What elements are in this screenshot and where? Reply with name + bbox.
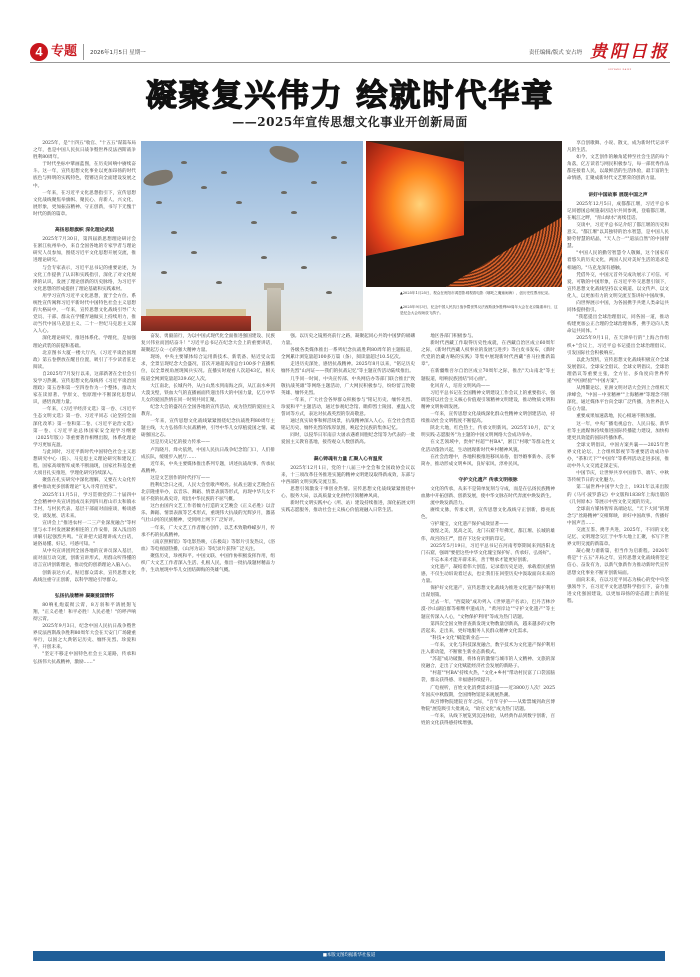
paragraph: 2025年，是"十四五"收官、"十五五"谋篇布局之年，也是中国人民抗日战争暨世界… (33, 140, 136, 161)
dove-shape (251, 221, 257, 224)
article-column-3: 强。以历史之镜照亮前行之路，凝聚起同心共筑中国梦的磅礴力量。 各级各类媒体推出一… (281, 333, 415, 950)
paragraph: 交流互鉴、携手共进，2025年，不同的文化记忆、文明理念交汇于中华大地上汇聚，书… (567, 527, 669, 548)
paragraph: 从中央宣讲团到全国各地的宣讲员深入基层，面对面互动交流，创新宣讲形式，用群众听得… (33, 548, 136, 569)
paragraph: 现场，中央主要媒体综合运用新技术、新装备、贴近受众需求，全景呈现纪念大会盛况，首… (141, 354, 275, 382)
monument (267, 288, 281, 331)
paragraph: "苏超"成功破圈，将体育的激情与城市的人文精神、文旅的深度融合，走出了文化赋能经… (421, 656, 555, 670)
article-column-2: 奋发、勇毅前行，为以中国式现代化全面推进强国建设、民族复兴伟业而团结奋斗！"习近… (141, 333, 275, 950)
article-column-4: 地区各部门积极参与。 新时代西藏工作取得历史性成就，在西藏自治区成立60周年之际… (421, 333, 555, 950)
dove-shape (341, 161, 347, 164)
paragraph: 通过真实故事和鲜活场景，抗战精神深入人心。在全社会营造铭记历史、缅怀先烈的浓厚氛… (281, 418, 415, 432)
section-name: 专题 (51, 44, 84, 60)
dove-shape (201, 186, 207, 189)
paragraph: 聚焦在扎实研究中深化理解，又要在大众化传播中推动更多创新理论"飞入寻常百姓家"。 (33, 477, 136, 491)
paragraph: 胜利纪念日之夜，人民大会堂歌声嘹亮。抗战主题文艺晚会在北京隆重举办，以音乐、舞蹈… (141, 482, 275, 503)
paragraph: 全球文明倡议，中国方案共襄——2025年世界文化论坛、上合组织影视节等重要活动成… (567, 442, 669, 470)
paragraph: 中国节庆，让世界共享中国春节、端午、中秋等传统节日的文化魅力。 (567, 470, 669, 484)
paragraph: "我愿提出全球治理倡议，同各国一道，推动构建更加公正合理的全球治理体系，携手迈向… (567, 314, 669, 335)
doves-photo (141, 141, 363, 331)
dove-shape (311, 181, 317, 184)
paragraph: 创新表达方式，贴近群众需求，宣传思想文化战线注重守正创新，以科学理论引导群众。 (33, 570, 136, 584)
dove-shape (191, 251, 197, 254)
paragraph: "坚定不移走中国特色社会主义道路，传承和弘扬伟大抗战精神，激励……" (33, 651, 136, 665)
paragraph: 一年来，从线下展览到沉浸体验，从经典作品到数字创新，百姓的文化获得感持续增强。 (421, 713, 555, 727)
paragraph: 地区各部门积极参与。 (421, 333, 555, 340)
footer-credit-bar: ■本版文图均据新华社报道 (33, 951, 665, 961)
paragraph: 与此同时，习近平新时代中国特色社会主义思想研究中心（院）、马克思主义理论研究和建… (33, 449, 136, 477)
dove-shape (221, 171, 227, 174)
paragraph: 2025年9月3日，纪念中国人民抗日战争暨世界反法西斯战争胜利80周年大会在天安… (33, 623, 136, 651)
paragraph: "中国人民的勤劳智慧令人敬佩，这个国家有着悠久的历史文化，两国人民对美好生活的追… (567, 250, 669, 271)
paragraph: 一年来，广大文艺工作者精心创作，以艺术致敬峥嵘岁月，传承不朽的抗战精神。 (141, 525, 275, 539)
paragraph: 如今，文艺创作的触角延伸至社会生活的每个角落，亿万读者与网民积极参与，每一部优秀… (567, 154, 669, 182)
paragraph: 一年来，在习近平文化思想指引下，宣传思想文化战线聚焦举旗帜、聚民心、育新人、兴文… (33, 190, 136, 218)
dove-shape (268, 142, 301, 165)
photo-caption-2: ▲2025年9月3日，纪念中国人民抗日战争暨世界反法西斯战争胜利80周年大会在北… (400, 304, 560, 316)
dove-shape (216, 281, 222, 284)
paragraph: 向世界展示中国，为各国携手共建人类命运共同体提供指引。 (567, 300, 669, 314)
paragraph: 凭借外交，中国元首外交成功展示了可信、可爱、可敬的中国形象，在习近平外交思想引领… (567, 272, 669, 300)
dove-shape (156, 201, 162, 204)
dove-shape (301, 266, 307, 269)
paragraph: 从博鳌论坛、亚洲文明对话大会到上合组织天津峰会，"中国－中亚精神""上海精神"等… (567, 385, 669, 413)
paragraph: 2025年12月1日，党的十八届三中全会和全国政协会议以来，十三项改革任务推进实… (281, 465, 415, 486)
section-heading: 守护文化遗产 传承文明根脉 (421, 477, 555, 484)
dove-shape (142, 168, 174, 188)
section-heading: 凝心铸魂有力量 汇聚人心有温度 (281, 456, 415, 463)
section-heading: 高扬思想旗帜 深化理论武装 (33, 227, 136, 234)
logo-text: 贵阳日报 (590, 42, 670, 62)
paragraph: 这是文艺创作的时代抒写—— (141, 475, 275, 482)
paragraph: 新时代文明实践中心（所、站）建设持续推进，深化拓展文明实践志愿服务，推动社会主义… (281, 500, 415, 514)
article-column-1: 2025年，是"十四五"收官、"十五五"谋篇布局之年，也是中国人民抗日战争暨世界… (33, 140, 136, 950)
paragraph: 享自创歌舞、小说、散文，成为新时代记录平凡的生活。 (567, 140, 669, 154)
cinema-ceiling (464, 141, 562, 201)
paragraph: 2025年7月30日，第四届新思想理论研讨会在浙江杭州举办，来自全国各地的专家学… (33, 236, 136, 264)
issue-date: 2026年1月5日 星期一 (90, 48, 146, 56)
paragraph: 2025年12月5日，成都都江堰，习近平总书记同德国总统施泰因迈尔共同参观，登临… (567, 201, 669, 222)
dove-shape (326, 291, 332, 294)
tiananmen-building (141, 316, 251, 331)
paragraph: 几乎同一时间，中央宣传部、中央网信办等部门联合推出"致敬抗战英雄"等网络主题活动… (281, 376, 415, 397)
paragraph: 以此为契机，宣传思想文化战线积极宣介全球发展倡议、全球安全倡议、全球文明倡议、全… (567, 357, 669, 385)
paragraph: 守护瑰宝，文化遗产保护成效显著—— (421, 521, 555, 528)
paragraph: 80响礼炮震彻云霄，8万羽和平鸽展翅飞翔，"正义必胜！和平必胜！人民必胜！"的呼… (33, 602, 136, 623)
paragraph: 一年来，宣传思想文化战线深化群众性精神文明创建活动，持续推动社会文明程度不断提高… (421, 411, 555, 425)
paragraph: 赓续文脉，传承文明，宣传思想文化战线守正创新，擦亮底色。 (421, 507, 555, 521)
dove-shape (331, 236, 337, 239)
paragraph: 与会专家表示，习近平总书记的重要论述，为文化工作提供了认识和实践指引，深化了对文… (33, 265, 136, 293)
paragraph: 一年来，广大社会各界群众积极参与"铭记历史、缅怀先烈、珍爱和平"主题活动，通过参… (281, 397, 415, 418)
paragraph: 各级各类媒体推出一系列纪念抗战胜利80周年的主题报道，全网累计浏览量超100多万… (281, 347, 415, 361)
paragraph: 交谈中，习近平总书记介绍了都江堰的历史和意义。"都江堰"以其独特的治水智慧，是中… (567, 222, 669, 250)
paragraph: 大江南北，长城内外，从白山黑水到南海之滨，从江南水乡到大漠戈壁，铁血大气的直播画… (141, 383, 275, 404)
dove-shape (171, 231, 177, 234)
paragraph: 自2025年7月发行以来，这部新著在全社会引发学习热潮。宣传思想文化战线将《习近… (33, 371, 136, 406)
paragraph: 纪念大会的盛况在全国各地的宣传活动，成为热烈的爱国主义教育。 (141, 404, 275, 418)
dove-shape (281, 191, 287, 194)
paragraph: 一年来，《习近平经济文选》第一卷、《习近平生态文明文选》第一卷、习近平同志《论坚… (33, 406, 136, 449)
dove-shape (181, 161, 187, 164)
paragraph: 强。以历史之镜照亮前行之路，凝聚起同心共筑中国梦的磅礴力量。 (281, 333, 415, 347)
dove-shape (236, 201, 242, 204)
photo-caption-1: ▲2025年1月25日，观众在贵阳市鸿思影城观看电影《哪吒之魔童闹海》，创历史性… (400, 290, 560, 296)
paragraph: 第二届世界中国学大会上，1931年以来出版的《马可·波罗游记》中文版和1838年… (567, 484, 669, 505)
paragraph: 2025年11月5日，学习贯彻党的二十届四中全会精神中央宣讲团成员来到四川眉山市… (33, 492, 136, 520)
paragraph: 卢沟晓月、烽火依然，中国人民抗日战争纪念馆门口，人们排成长队，缓缓步入展厅…… (141, 447, 275, 461)
paragraph: 2025年5月19日，习近平总书记在河南考察期间来到洛阳龙门石窟，强调"要把这些… (421, 543, 555, 557)
paragraph: 走进历史深处，感悟抗战精神。2025年8月以来，"铭记历史 缅怀先烈"山河证——… (281, 361, 415, 375)
paragraph: 这是历史记忆的接力传承—— (141, 439, 275, 446)
paragraph: 深化理论研究，推进体系化、学理化，是加强理论武装的前提和基础。 (33, 335, 136, 349)
newspaper-logo: 贵阳日报 GUIYANG DAILY (590, 43, 670, 61)
paragraph: 化风育人，培育文明风尚—— (421, 383, 555, 390)
paragraph: 聚焦历史，珍视和平。中国文联、中国作协积极发挥作用，组织广大文艺工作者深入生活、… (141, 553, 275, 574)
paragraph: 这一年，中央广播电视总台、人民日报、新华社等主流媒体持续推进国际传播能力建设，加… (567, 421, 669, 442)
paragraph: 不忘本来才能开辟未来，善于继承才能更好创新。 (421, 557, 555, 564)
paragraph: 全球南方媒体智库高端论坛，"天下大同"的理念与"丝路精神"交相辉映，讲好中国故事… (567, 506, 669, 527)
paragraph: 近年来，中央主要媒体推出系列专题，讲述抗战故事、传承抗战精神。 (141, 461, 275, 475)
paragraph: 凝心聚力谱新篇，担当作为启新程。2026年将是"十五五"开局之年，宣传思想文化战… (567, 548, 669, 576)
paragraph: 一年来，宣传思想文化战线紧紧围绕纪念抗战胜利80周年主题主线，大力弘扬伟大抗战精… (141, 418, 275, 439)
paragraph: 文化的传承，从来不是简单复刻与守成，而是在弘扬民族精神血脉中开拓创新、创新发展，… (421, 486, 555, 500)
paragraph: 北京图书大厦一楼大厅内，《习近平谈治国理政》第五卷摆放在醒目位置，吸引了不少读者… (33, 350, 136, 371)
section-heading: 讲好中国故事 展现中国之声 (567, 192, 669, 199)
paragraph: 第四次全国文物普查新发现文物数量创新高，越来越多的文物活起来、走出来，更好地服务… (421, 621, 555, 635)
paragraph: 保护好文化遗产，宣传思想文化战线为推进文化遗产保护利用出谋划策。 (421, 585, 555, 599)
paragraph: 宣讲会上"推进农村一二三产业深度融合"等村里与永丰村发展紧密相连的工作安排，深入… (33, 520, 136, 548)
paragraph: 过去一年，"西夏陵"成功列入《世界遗产名录》，巴丹吉林沙漠-沙山湖泊群等相继申遗… (421, 599, 555, 620)
newspaper-page: 4 专题 2026年1月5日 星期一 责任编辑/版式 安占坍 贵阳日报 GUIY… (0, 0, 700, 977)
paragraph: 《南京照相馆》等电影热映，《东极岛》等影片引发热议，《浴血》等电视剧热播，《山河… (141, 539, 275, 553)
paragraph: 奋发、勇毅前行，为以中国式现代化全面推进强国建设、民族复兴伟业而团结奋斗！"习近… (141, 333, 275, 354)
paragraph: 思想引领激发干事创业热情。宣传思想文化战线紧紧围绕中心、服务大局，以高质量文化供… (281, 486, 415, 500)
paragraph: 在社会治理中，各地积极推进移风易俗，倡导婚事新办、丧事简办，推动形成文明乡风、良… (421, 454, 555, 468)
paragraph: 陕北大地，红色热土，传承文明新风。2025年10月，以"文明实践·志愿服务"为主… (421, 425, 555, 439)
paragraph: 面向未来，在以习近平同志为核心的党中央坚强领导下，在习近平文化思想科学指引下，奋… (567, 577, 669, 605)
page-number-badge: 4 (30, 43, 48, 61)
cinema-screen (366, 141, 464, 256)
paragraph: 2025年9月1日，在天津举行的"上海合作组织+"会议上，习近平总书记提出全球治… (567, 335, 669, 356)
page-headline: 凝聚复兴伟力 绘就时代华章 (0, 70, 700, 115)
paragraph: 于时代坐标中擘画蓝图，在历史回响中赓续奋斗。这一年，宣传思想文化事业以更加昂扬的… (33, 161, 136, 189)
paragraph: "村超""村BA"持续火热，"文化+乡村"带动村民富了口袋富脑袋，群众获得感、幸… (421, 670, 555, 684)
paragraph: 故宫博物院建院百年之际，"百年守护——从紫禁城到故宫博物院"展览吸引大批观众，"… (421, 699, 555, 713)
paragraph: 在文艺领域中，贵州"村超""村BA"，浙江"村歌"等群众性文化活动蓬勃兴起，生动… (421, 439, 555, 453)
paragraph: 这台由国内文艺工作者倾力打造的文艺晚会《正义必胜》以音乐、舞蹈、情景表演等艺术形… (141, 503, 275, 524)
page-subheadline: ——2025年宣传思想文化事业开创新局面 (0, 113, 700, 130)
paragraph: 用学习宣传习近平文化思想，置于全方位、系统性宣传阐释习近平新时代中国特色社会主义… (33, 293, 136, 336)
paragraph: 文化遗产，凝结着伟大创造、记录着历史足迹，承载着民族情感，不仅生动诉说着过去，也… (421, 564, 555, 585)
cinema-photo (366, 141, 562, 287)
dove-shape (161, 271, 167, 274)
paragraph: "科技+文化"赋能新业态—— (421, 635, 555, 642)
dove-shape (261, 256, 267, 259)
paragraph: 流中焕发新活力。 (421, 500, 555, 507)
paragraph: 习近平总书记在全国精神文明建设工作会议上的重要指示，强调坚持以社会主义核心价值观… (421, 390, 555, 411)
article-column-6: 享自创歌舞、小说、散文，成为新时代记录平凡的生活。 如今，文艺创作的触角延伸至社… (567, 140, 669, 950)
paragraph: 重要成果加速落地，民心相通不断加强。 (567, 413, 669, 420)
masthead: 4 专题 2026年1月5日 星期一 责任编辑/版式 安占坍 贵阳日报 GUIY… (30, 41, 670, 63)
editor-credit: 责任编辑/版式 安占坍 (529, 48, 582, 56)
paragraph: 广电视听，百姓文化消费需求旺盛——近3800万人次！2025年国庆中秋假期，全国… (421, 685, 555, 699)
dove-shape (291, 211, 297, 214)
paragraph: 在新疆维吾尔自治区成立70周年之际，推出"天山南北"等主题报道，唱响民族团结"同… (421, 368, 555, 382)
section-heading: 弘扬抗战精神 凝聚爱国情怀 (33, 593, 136, 600)
paragraph: 同时，以侵华日军南京大屠杀遇难同胞纪念馆等为代表的一批爱国主义教育基地，接待观众… (281, 432, 415, 446)
paragraph: 新时代西藏工作取得历史性成就，在西藏自治区成立60周年之际，《新时代西藏人权事业… (421, 340, 555, 368)
paragraph: 敦煌之美，莫高之美，龙门石窟千年佛光，都江堰、长城的雄伟，故宫的庄严，留存下这份… (421, 528, 555, 542)
paragraph: 一年来，文化与科技深度融合，数字技术为文化遗产保护利用注入新动能，不断催生新业态… (421, 642, 555, 656)
